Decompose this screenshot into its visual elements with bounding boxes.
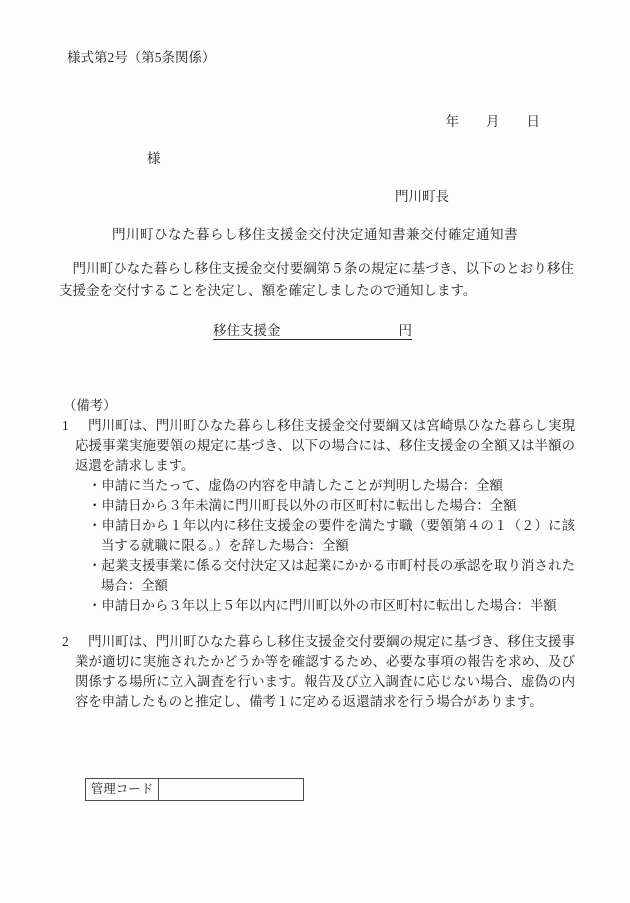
management-code-table: 管理コード: [85, 778, 304, 801]
form-number: 様式第2号（第5条関係）: [67, 46, 216, 66]
sender-title: 門川町長: [395, 185, 449, 205]
remarks-item-1-text: 門川町は、門川町ひなた暮らし移住支援金交付要綱又は宮崎県ひなた暮らし実現応援事業…: [75, 418, 575, 473]
amount-unit: 円: [399, 319, 413, 339]
document-title: 門川町ひなた暮らし移住支援金交付決定通知書兼交付確定通知書: [0, 223, 630, 243]
addressee-honorific: 様: [147, 147, 161, 167]
amount-line: 移住支援金 円: [213, 320, 412, 340]
remarks-item-1-bullet-4: ・起業支援事業に係る交付決定又は起業にかかる市町村長の承認を取り消された場合：全…: [59, 556, 575, 596]
remarks-item-1-bullet-2: ・申請日から３年未満に門川町長以外の市区町村に転出した場合：全額: [59, 496, 575, 516]
remarks-item-2-text: 門川町は、門川町ひなた暮らし移住支援金交付要綱の規定に基づき、移住支援事業が適切…: [75, 634, 575, 709]
management-code-value: [159, 778, 304, 801]
intro-paragraph: 門川町ひなた暮らし移住支援金交付要綱第５条の規定に基づき、以下のとおり移住支援金…: [59, 258, 574, 302]
document-page: 様式第2号（第5条関係） 年 月 日 様 門川町長 門川町ひなた暮らし移住支援金…: [0, 0, 630, 903]
remarks-heading: （備考）: [59, 396, 575, 416]
remarks-item-1-bullet-1: ・申請に当たって、虚偽の内容を申請したことが判明した場合：全額: [59, 476, 575, 496]
remarks-item-1: 1門川町は、門川町ひなた暮らし移住支援金交付要綱又は宮崎県ひなた暮らし実現応援事…: [59, 416, 575, 476]
management-code-label: 管理コード: [85, 778, 159, 801]
remarks-item-1-bullet-5: ・申請日から３年以上５年以内に門川町以外の市区町村に転出した場合：半額: [59, 596, 575, 616]
remarks-item-2: 2門川町は、門川町ひなた暮らし移住支援金交付要綱の規定に基づき、移住支援事業が適…: [59, 632, 575, 712]
remarks-item-1-bullet-3: ・申請日から１年以内に移住支援金の要件を満たす職（要領第４の１（２）に該当する就…: [59, 516, 575, 556]
remarks-section: （備考） 1門川町は、門川町ひなた暮らし移住支援金交付要綱又は宮崎県ひなた暮らし…: [59, 396, 575, 712]
amount-label: 移住支援金: [213, 319, 281, 339]
remarks-item-2-number: 2: [59, 632, 88, 652]
remarks-item-1-number: 1: [59, 416, 88, 436]
date-line: 年 月 日: [446, 110, 541, 130]
